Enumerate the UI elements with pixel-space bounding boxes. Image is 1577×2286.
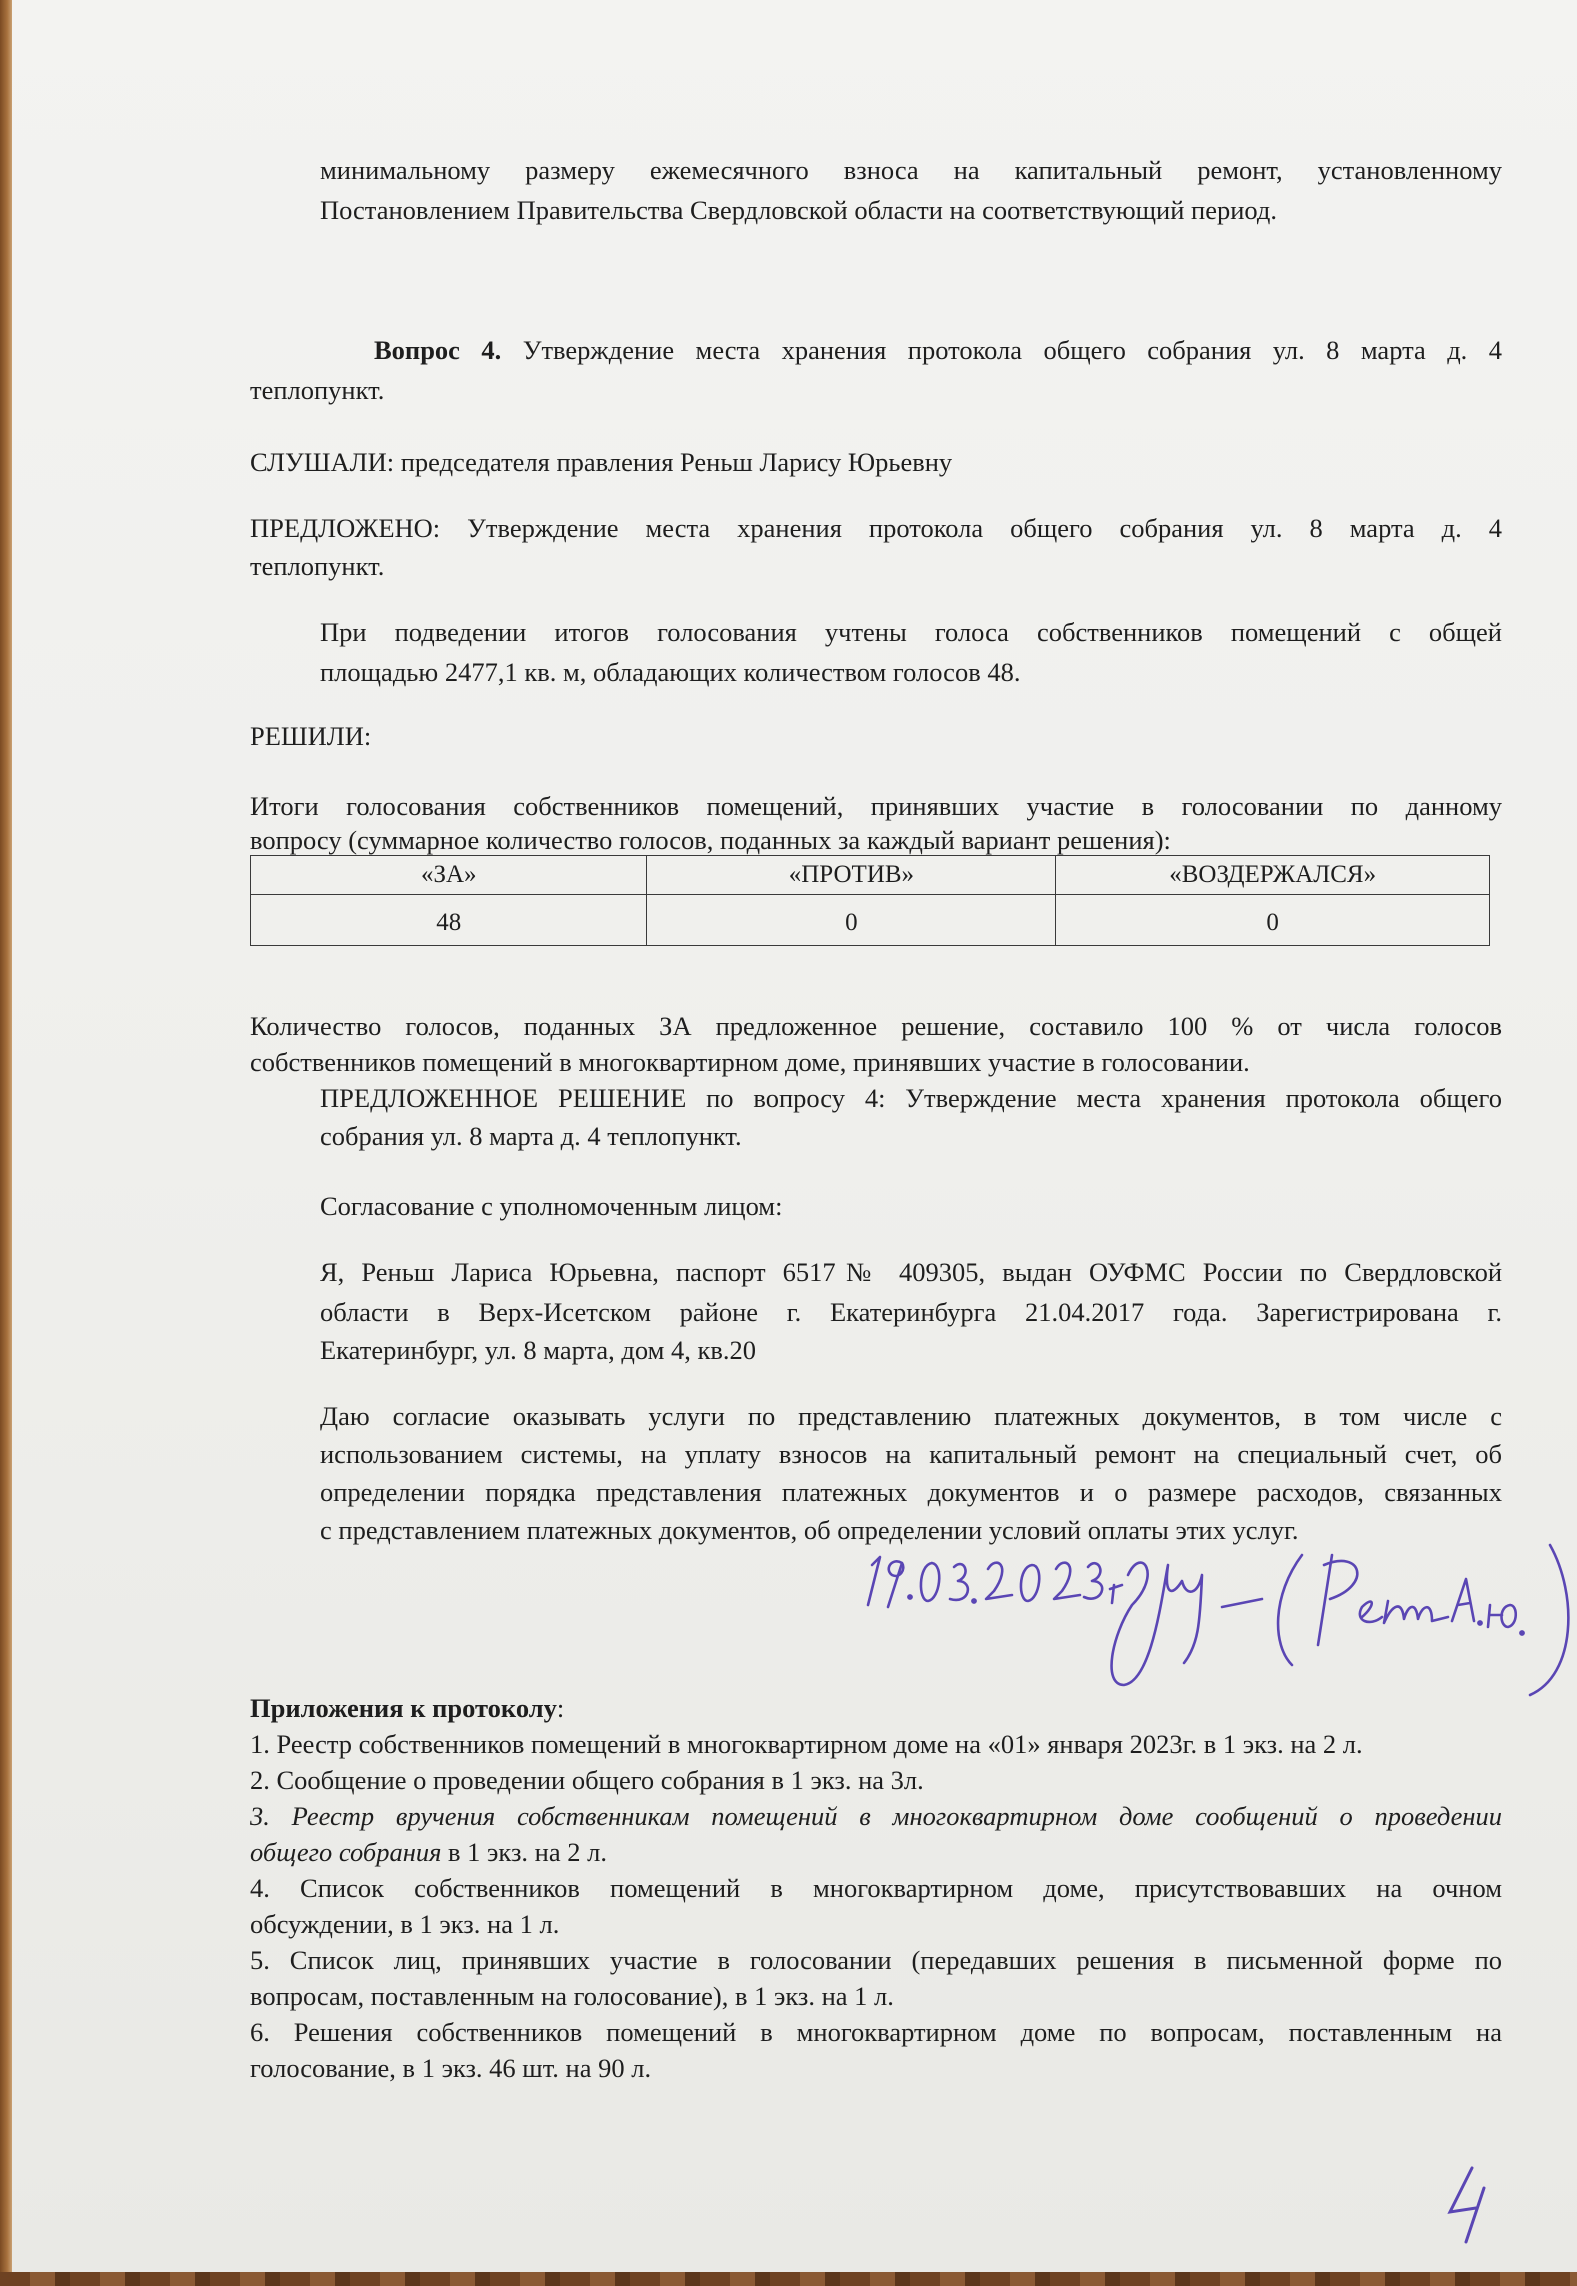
- consent-heading: Согласование с уполномоченным лицом:: [320, 1188, 1502, 1224]
- header-abstain: «ВОЗДЕРЖАЛСЯ»: [1056, 856, 1490, 895]
- consent-text-line-3: определении порядка представления платеж…: [320, 1474, 1502, 1510]
- tally-line-1: При подведении итогов голосования учтены…: [320, 614, 1502, 650]
- attachment-item-4-line-1: 4. Список собственников помещений в мног…: [250, 1870, 1502, 1906]
- continuation-line-1: минимальному размеру ежемесячного взноса…: [320, 152, 1502, 188]
- votes-table-values-row: 48 0 0: [251, 895, 1490, 946]
- handwritten-page-number-icon: [1432, 2160, 1512, 2250]
- attachment-item-6-line-1: 6. Решения собственников помещений в мно…: [250, 2014, 1502, 2050]
- attachment-item-3-line-1: 3. Реестр вручения собственникам помещен…: [250, 1798, 1502, 1834]
- value-abstain: 0: [1056, 895, 1490, 946]
- votes-table: «ЗА» «ПРОТИВ» «ВОЗДЕРЖАЛСЯ» 48 0 0: [250, 855, 1490, 946]
- heard-line: СЛУШАЛИ: председателя правления Реньш Ла…: [250, 444, 1502, 480]
- decision-line-2: собрания ул. 8 марта д. 4 теплопункт.: [320, 1118, 1502, 1154]
- document-page: минимальному размеру ежемесячного взноса…: [12, 0, 1577, 2272]
- question-4-title: Вопрос 4. Утверждение места хранения про…: [374, 332, 1502, 368]
- proposed-line-1: ПРЕДЛОЖЕНО: Утверждение места хранения п…: [250, 510, 1502, 546]
- results-intro-line-2: вопросу (суммарное количество голосов, п…: [250, 822, 1502, 858]
- desk-edge-left: [0, 0, 12, 2286]
- consent-text-line-2: использованием системы, на уплату взносо…: [320, 1436, 1502, 1472]
- attachment-item-5-line-2: вопросам, поставленным на голосование), …: [250, 1978, 1502, 2014]
- consent-text-line-1: Даю согласие оказывать услуги по предста…: [320, 1398, 1502, 1434]
- question-4-title-line-2: теплопункт.: [250, 372, 1502, 408]
- attachment-item-1: 1. Реестр собственников помещений в мног…: [250, 1726, 1510, 1762]
- header-for: «ЗА»: [251, 856, 647, 895]
- identity-line-1: Я, Реньш Лариса Юрьевна, паспорт 6517№ 4…: [320, 1254, 1502, 1290]
- identity-line-3: Екатеринбург, ул. 8 марта, дом 4, кв.20: [320, 1332, 1502, 1368]
- attachment-item-4-line-2: обсуждении, в 1 экз. на 1 л.: [250, 1906, 1502, 1942]
- proposed-line-2: теплопункт.: [250, 548, 1502, 584]
- value-against: 0: [647, 895, 1056, 946]
- attachment-item-6-line-2: голосование, в 1 экз. 46 шт. на 90 л.: [250, 2050, 1502, 2086]
- attachments-heading: Приложения к протоколу:: [250, 1690, 1502, 1726]
- value-for: 48: [251, 895, 647, 946]
- votes-table-header-row: «ЗА» «ПРОТИВ» «ВОЗДЕРЖАЛСЯ»: [251, 856, 1490, 895]
- question-label: Вопрос 4.: [374, 335, 501, 365]
- identity-line-2: области в Верх-Исетском районе г. Екатер…: [320, 1294, 1502, 1330]
- decided-heading: РЕШИЛИ:: [250, 718, 1502, 754]
- desk-edge-bottom: [0, 2272, 1577, 2286]
- tally-line-2: площадью 2477,1 кв. м, обладающих количе…: [320, 654, 1502, 690]
- attachment-item-5-line-1: 5. Список лиц, принявших участие в голос…: [250, 1942, 1502, 1978]
- continuation-line-2: Постановлением Правительства Свердловско…: [320, 192, 1502, 228]
- attachment-item-3-line-2: общего собрания в 1 экз. на 2 л.: [250, 1834, 1502, 1870]
- handwritten-signature-icon: [862, 1535, 1577, 1705]
- summary-line-2: собственников помещений в многоквартирно…: [250, 1044, 1502, 1080]
- decision-line-1: ПРЕДЛОЖЕННОЕ РЕШЕНИЕ по вопросу 4: Утвер…: [320, 1080, 1502, 1116]
- header-against: «ПРОТИВ»: [647, 856, 1056, 895]
- summary-line-1: Количество голосов, поданных ЗА предложе…: [250, 1008, 1502, 1044]
- results-intro-line-1: Итоги голосования собственников помещени…: [250, 788, 1502, 824]
- attachment-item-2: 2. Сообщение о проведении общего собрани…: [250, 1762, 1502, 1798]
